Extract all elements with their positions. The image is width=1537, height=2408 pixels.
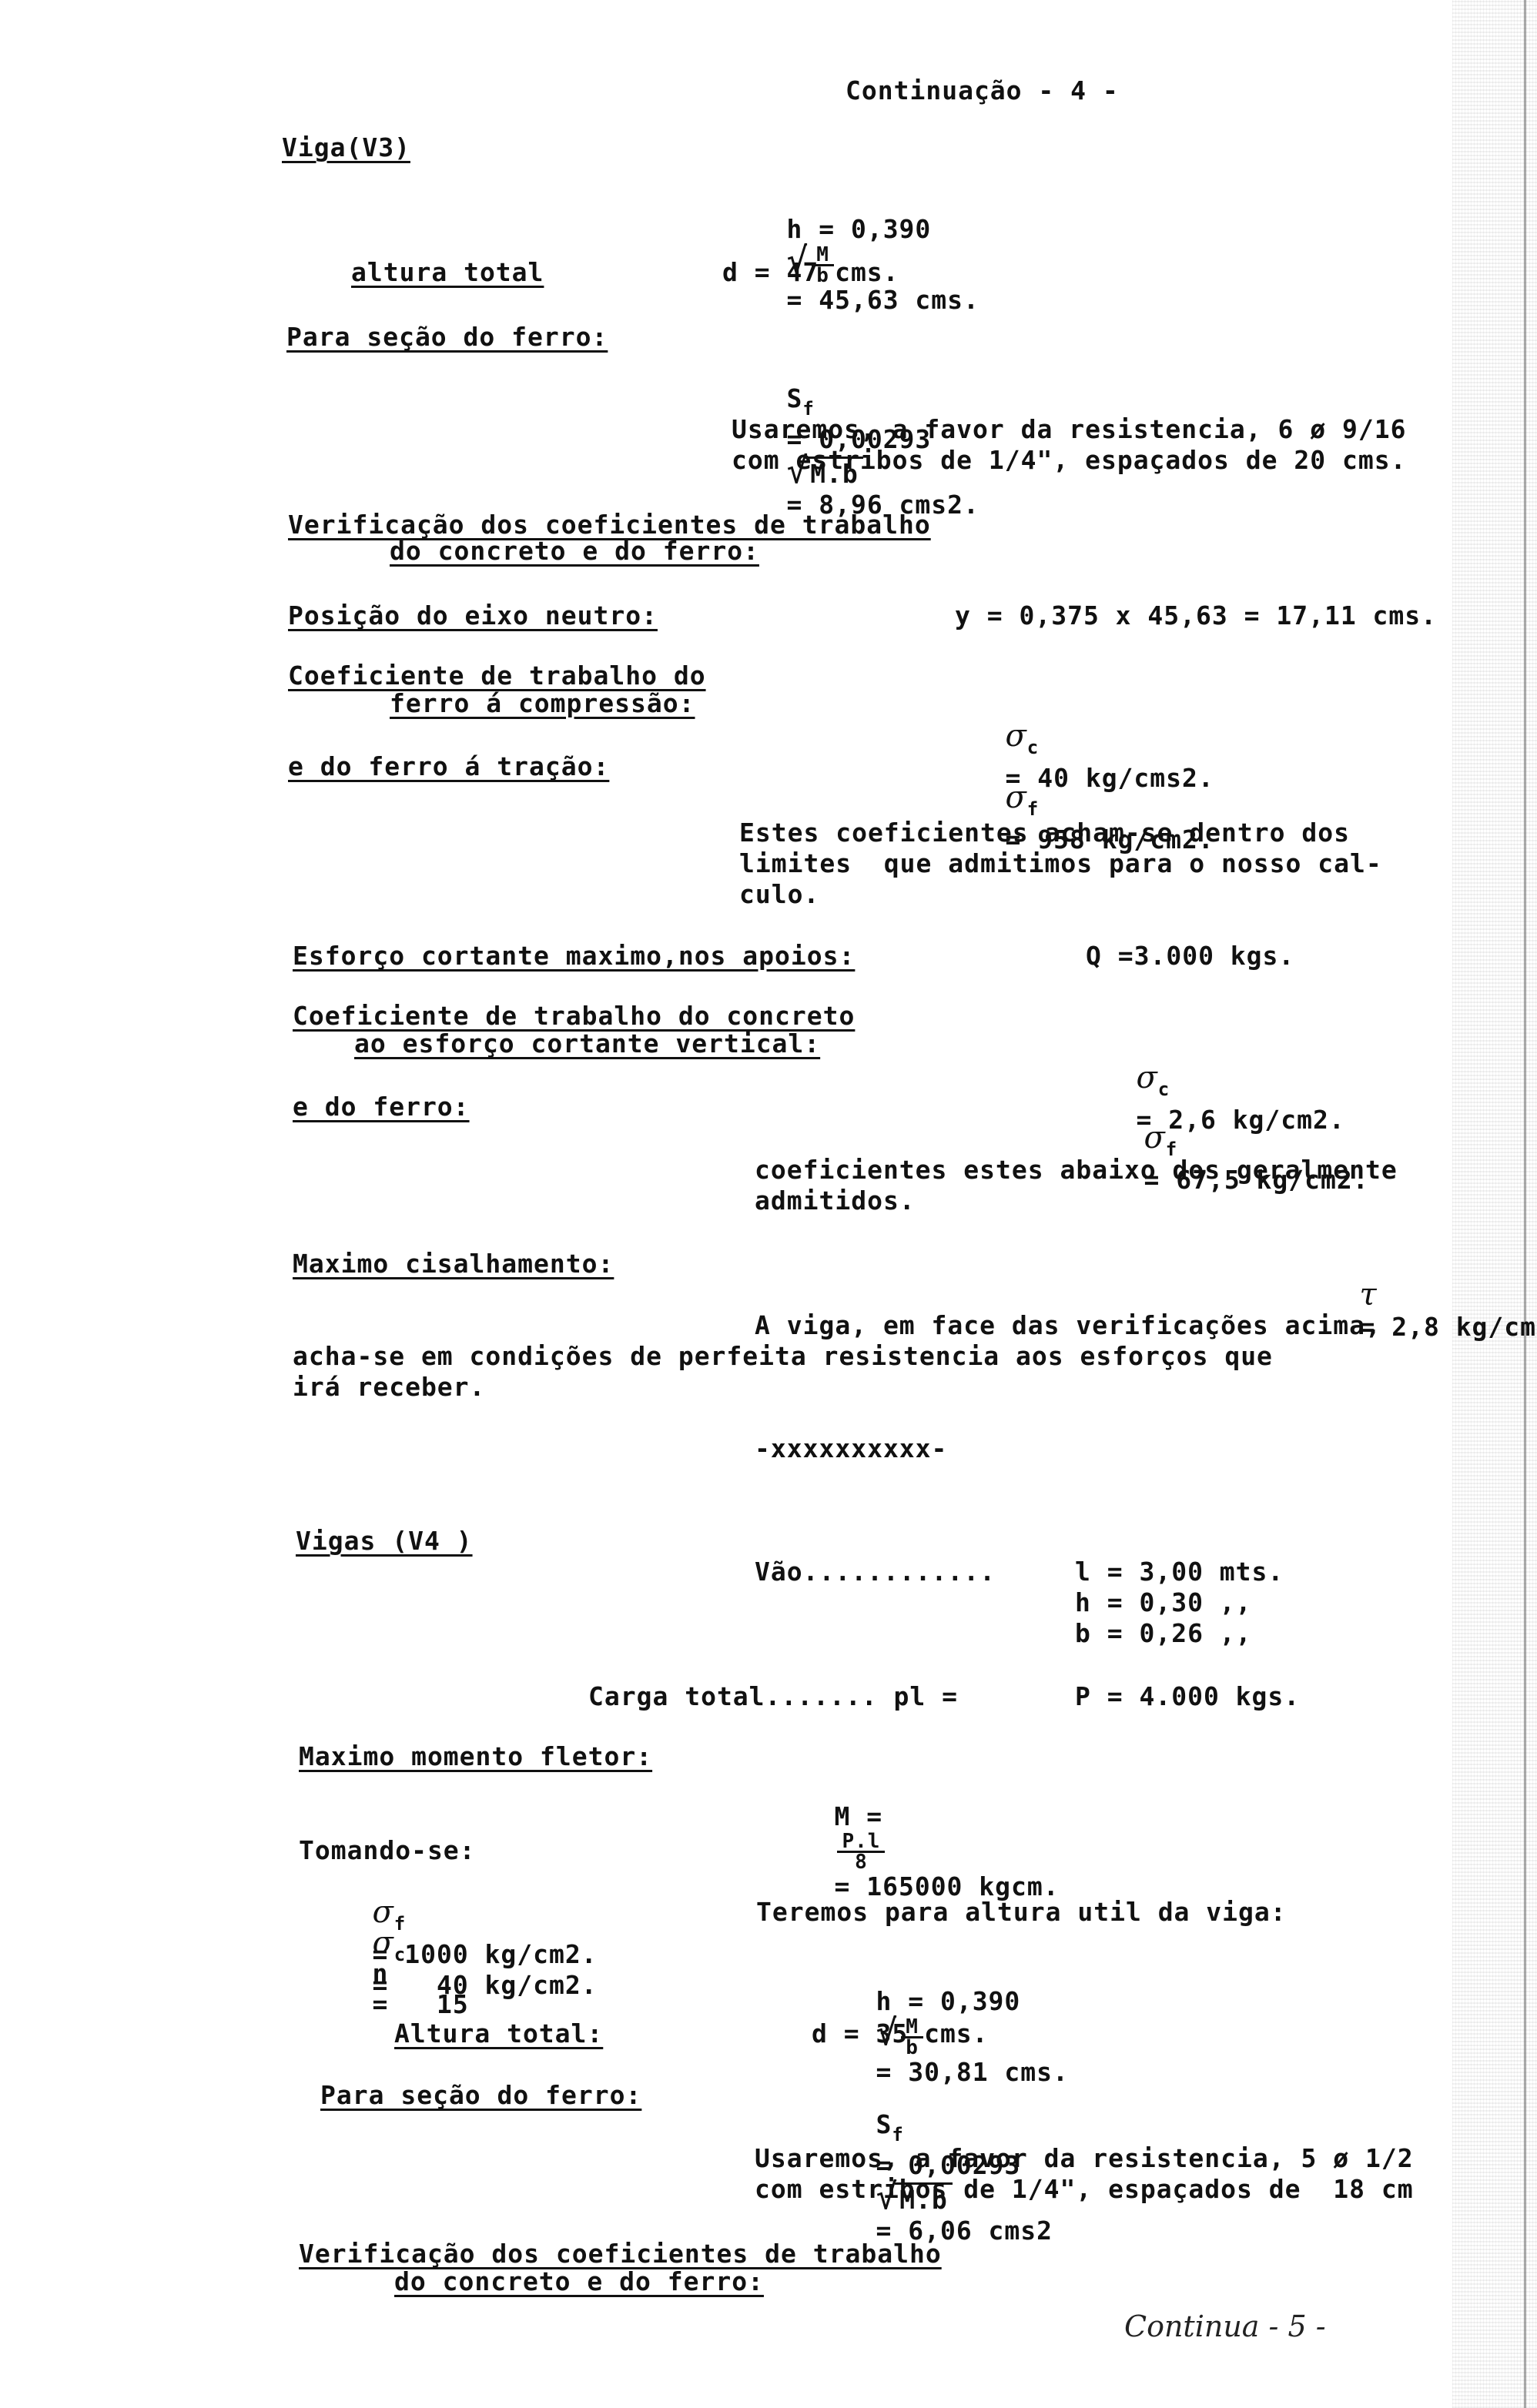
value-vao-b: b = 0,26 ,, [1075, 1618, 1252, 1649]
verificacao-v4-title-1: Verificação dos coeficientes de trabalho [299, 2239, 942, 2269]
value-vao-l: l = 3,00 mts. [1075, 1557, 1284, 1587]
usaremos-line-1: Usaremos, a favor da resistencia, 6 ø 9/… [732, 414, 1406, 445]
label-coef-compressao-2: ferro á compressão: [390, 688, 695, 719]
label-carga-total: Carga total....... pl = [588, 1681, 958, 1712]
conclusao-1: A viga, em face das verificações acima, [755, 1310, 1381, 1341]
label-coef-tracao: e do ferro á tração: [288, 751, 609, 782]
nota-abaixo-1: coeficientes estes abaixo dos geralmente [755, 1155, 1398, 1186]
value-altura-total-v4: d = 35 cms. [812, 2018, 989, 2049]
label-altura-total-v4: Altura total: [394, 2018, 603, 2049]
label-momento-fletor: Maximo momento fletor: [299, 1741, 652, 1772]
label-secao-ferro: Para seção do ferro: [286, 322, 608, 353]
conclusao-2: acha-se em condições de perfeita resiste… [293, 1341, 1273, 1372]
nota-limites-3: culo. [739, 879, 819, 910]
value-vao-h: h = 0,30 ,, [1075, 1587, 1252, 1618]
section-separator: -xxxxxxxxxx- [755, 1433, 947, 1464]
nota-abaixo-2: admitidos. [755, 1186, 916, 1216]
continuation-header: Continuação - 4 - [846, 75, 1119, 106]
usaremos-line-2: com estribos de 1/4", espaçados de 20 cm… [732, 445, 1406, 476]
section-title-v3: Viga(V3) [282, 132, 410, 163]
value-eixo-neutro: y = 0,375 x 45,63 = 17,11 cms. [955, 600, 1437, 631]
label-coef-cortante-2: ao esforço cortante vertical: [354, 1028, 820, 1059]
usaremos-v4-line-2: com estribos de 1/4", espaçados de 18 cm [755, 2174, 1414, 2205]
label-esforco-cortante: Esforço cortante maximo,nos apoios: [293, 941, 855, 972]
value-carga-total: P = 4.000 kgs. [1075, 1681, 1300, 1712]
verificacao-title-2: do concreto e do ferro: [390, 536, 759, 567]
document-page: Continuação - 4 - Viga(V3) h = 0,390 √Mb… [0, 0, 1537, 2408]
label-coef-compressao-1: Coeficiente de trabalho do [288, 661, 706, 691]
handwritten-continua-note: Continua - 5 - [1124, 2309, 1326, 2343]
value-altura-total: d = 47 cms. [722, 257, 899, 288]
usaremos-v4-line-1: Usaremos, a favor da resistencia, 5 ø 1/… [755, 2143, 1414, 2174]
conclusao-3: irá receber. [293, 1372, 485, 1403]
label-eixo-neutro: Posição do eixo neutro: [288, 600, 658, 631]
label-altura-util: Teremos para altura util da viga: [756, 1897, 1287, 1928]
verificacao-v4-title-2: do concreto e do ferro: [394, 2266, 764, 2297]
value-esforco-cortante: Q =3.000 kgs. [1086, 941, 1294, 972]
label-coef-cortante-1: Coeficiente de trabalho do concreto [293, 1001, 855, 1032]
section-title-v4: Vigas (V4 ) [296, 1526, 473, 1557]
label-vao: Vão............ [755, 1557, 996, 1587]
label-altura-total: altura total [351, 257, 544, 288]
scan-edge-line [1524, 0, 1526, 2408]
nota-limites-2: limites que admitimos para o nosso cal- [739, 848, 1382, 879]
label-tomando: Tomando-se: [299, 1835, 476, 1866]
label-secao-ferro-v4: Para seção do ferro: [320, 2080, 641, 2111]
nota-limites-1: Estes coeficientes acham-se dentro dos [739, 818, 1350, 848]
label-do-ferro: e do ferro: [293, 1092, 470, 1122]
label-cisalhamento: Maximo cisalhamento: [293, 1249, 614, 1279]
